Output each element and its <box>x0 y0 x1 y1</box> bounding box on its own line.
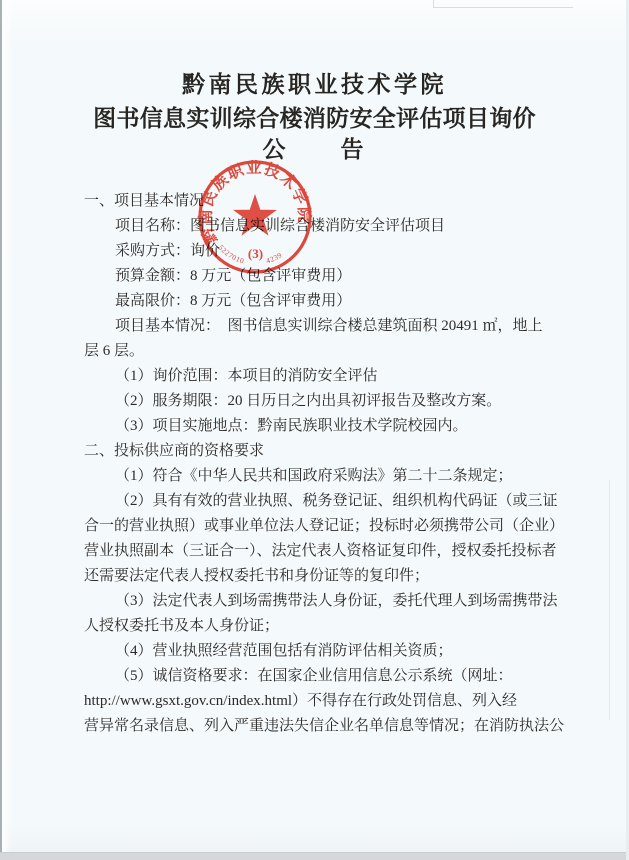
document-line: 层 6 层。 <box>84 339 550 364</box>
document-line: （3）项目实施地点：黔南民族职业技术学院校园内。 <box>84 414 550 439</box>
document-line: （3）法定代表人到场需携带法人身份证，委托代理人到场需携带法 <box>84 589 550 614</box>
document-line: 预算金额：8 万元（包含评审费用） <box>84 264 550 289</box>
scan-fold-line-vertical <box>433 0 434 8</box>
document-line: 合一的营业执照）或事业单位法人登记证；投标时必须携带公司（企业） <box>84 514 550 539</box>
scanned-page: 黔南民族职业技术学院 图书信息实训综合楼消防安全评估项目询价 公 告 一、项目基… <box>0 0 629 860</box>
document-line: http://www.gsxt.gov.cn/index.html）不得存在行政… <box>84 689 550 714</box>
document-line: （1）符合《中华人民共和国政府采购法》第二十二条规定； <box>84 464 550 489</box>
title-line-2: 图书信息实训综合楼消防安全评估项目询价 <box>0 100 629 133</box>
official-seal: 黔南民族职业技术学院 5227010 4239 (3) <box>196 159 316 279</box>
document-line: 营异常名录信息、列入严重违法失信企业名单信息等情况；在消防执法公 <box>84 714 550 739</box>
document-line: （4）营业执照经营范围包括有消防评估相关资质； <box>84 639 550 664</box>
document-line: 还需要法定代表人授权委托书和身份证等的复印件； <box>84 564 550 589</box>
document-line: 采购方式：询价 <box>84 239 550 264</box>
document-line: （5）诚信资格要求：在国家企业信用信息公示系统（网址： <box>84 664 550 689</box>
document-line: 一、项目基本情况 <box>84 189 550 214</box>
seal-star-icon <box>233 194 277 236</box>
document-body: 一、项目基本情况项目名称：图书信息实训综合楼消防安全评估项目采购方式：询价预算金… <box>84 189 550 739</box>
seal-code-right: 4239 <box>265 250 284 265</box>
seal-count-label: (3) <box>248 246 263 261</box>
document-line: 最高限价：8 万元（包含评审费用） <box>84 289 550 314</box>
title-line-1: 黔南民族职业技术学院 <box>0 66 629 99</box>
document-line: （2）服务期限：20 日历日之内出具初评报告及整改方案。 <box>84 389 550 414</box>
document-line: 二、投标供应商的资格要求 <box>84 439 550 464</box>
document-line: 营业执照副本（三证合一）、法定代表人资格证复印件，授权委托投标者 <box>84 539 550 564</box>
document-line: 项目基本情况： 图书信息实训综合楼总建筑面积 20491 ㎡，地上 <box>84 314 550 339</box>
document-line: 人授权委托书及本人身份证； <box>84 614 550 639</box>
scan-streak <box>609 480 610 720</box>
document-line: （2）具有有效的营业执照、税务登记证、组织机构代码证（或三证 <box>84 489 550 514</box>
document-line: 项目名称：图书信息实训综合楼消防安全评估项目 <box>84 214 550 239</box>
scan-fold-line-horizontal <box>433 7 573 8</box>
document-line: （1）询价范围：本项目的消防安全评估 <box>84 364 550 389</box>
scan-bottom-edge <box>0 852 629 860</box>
